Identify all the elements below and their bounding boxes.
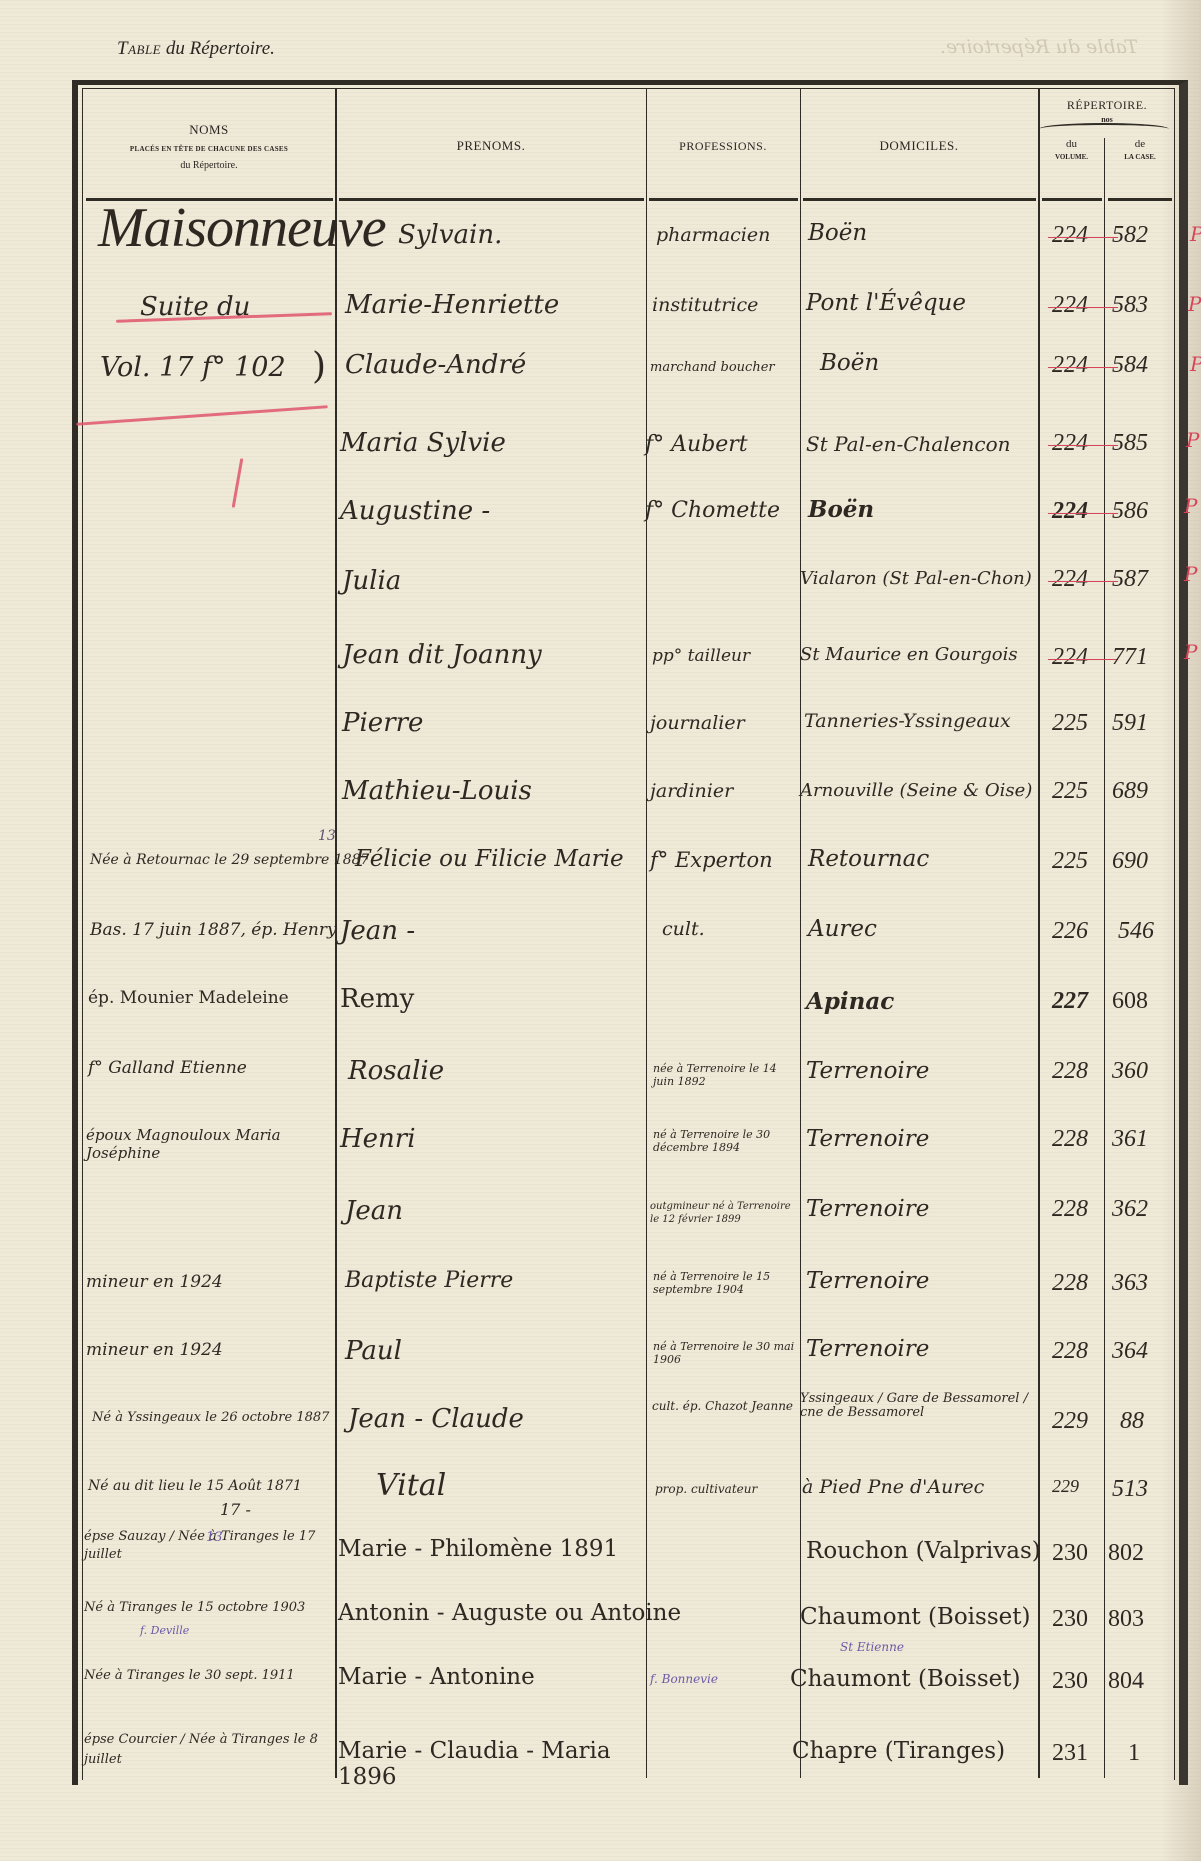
case-number: 513 [1112,1476,1148,1503]
domicile: Boën [808,496,874,523]
volume-number: 224 [1052,566,1088,593]
profession: marchand boucher [650,360,775,375]
prenom: Maria Sylvie [340,428,506,458]
profession: f. Bonnevie [650,1672,718,1686]
note-superscript: 13 [318,828,336,844]
profession: née à Terrenoire le 14 juin 1892 [653,1062,801,1088]
profession: pp° tailleur [652,646,750,666]
note: Née à Tiranges le 30 sept. 1911 [84,1668,295,1683]
note: épse Courcier / Née à Tiranges le 8 juil… [84,1730,334,1770]
case-number: 585 [1112,430,1148,457]
volume-number: 224 [1052,644,1088,671]
case-number: 582 [1112,222,1148,249]
profession: jardinier [650,780,733,802]
surname: Maisonneuve [98,196,386,260]
red-p-mark: P [1190,352,1201,376]
case-number: 608 [1112,988,1148,1015]
volume-number: 224 [1052,430,1088,457]
divider-prenoms-professions [646,88,647,1778]
note: Né à Yssingeaux le 26 octobre 1887 [92,1410,329,1425]
header-case-top: de [1106,138,1174,150]
profession: né à Terrenoire le 30 décembre 1894 [653,1128,801,1154]
case-number: 363 [1112,1270,1148,1297]
prenom: Marie - Claudia - Maria 1896 [338,1738,648,1790]
header-case-bottom: LA CASE. [1106,153,1174,161]
case-number: 584 [1112,352,1148,379]
continuation-bracket: ) [312,346,326,387]
profession: cult. ép. Chazot Jeanne [652,1400,802,1413]
prenom: Sylvain. [398,220,502,250]
note: mineur en 1924 [86,1340,223,1360]
prenom: Antonin - Auguste ou Antoine [338,1600,681,1626]
header-rule [1042,198,1102,201]
domicile-annotation: St Etienne [840,1640,904,1654]
domicile: Terrenoire [806,1336,929,1362]
domicile: Terrenoire [806,1126,929,1152]
volume-number: 226 [1052,918,1088,945]
header-prenoms: PRENOMS. [337,92,645,200]
page-title: Table du Répertoire. [117,38,275,60]
prenom: Remy [340,984,414,1014]
domicile: Tanneries-Yssingeaux [804,710,1011,732]
header-rule [803,198,1036,201]
prenom: Pierre [342,708,423,738]
volume-number: 224 [1052,292,1088,319]
prenom: Marie - Antonine [338,1664,535,1690]
note: Né au dit lieu le 15 Août 1871 [88,1478,302,1494]
domicile: St Pal-en-Chalencon [806,432,1011,456]
case-number: 803 [1108,1606,1144,1633]
header-prenoms-label: PRENOMS. [457,138,526,154]
case-number: 361 [1112,1126,1148,1153]
note: Née à Retournac le 29 septembre 1887 [90,852,369,868]
divider-domiciles-volume [1038,88,1040,1778]
domicile: Chaumont (Boisset) [790,1666,1020,1692]
volume-number: 230 [1052,1668,1088,1695]
note-superscript: 13 [206,1530,223,1545]
domicile: Terrenoire [806,1058,929,1084]
domicile: Retournac [808,846,929,872]
profession: né à Terrenoire le 30 mai 1906 [653,1340,801,1366]
case-number: 689 [1112,778,1148,805]
volume-number: 230 [1052,1540,1088,1567]
volume-number: 230 [1052,1606,1088,1633]
domicile: Pont l'Évêque [806,290,966,316]
domicile: Rouchon (Valprivas) [806,1538,1041,1564]
prenom: Claude-André [345,350,526,380]
header-rule [1108,198,1172,201]
note: Né à Tiranges le 15 octobre 1903 [84,1600,305,1615]
profession: f° Aubert [645,432,748,457]
prenom: Félicie ou Filicie Marie [355,846,624,872]
domicile: Apinac [806,988,894,1015]
note-sub: f. Deville [140,1624,189,1637]
volume-number: 224 [1052,222,1088,249]
continuation-note-line2: Vol. 17 f° 102 [100,352,286,383]
domicile: Yssingeaux / Gare de Bessamorel / cne de… [800,1392,1036,1420]
volume-number: 229 [1052,1476,1079,1497]
profession: prop. cultivateur [655,1482,757,1496]
case-number: 690 [1112,848,1148,875]
header-brace [1039,123,1169,135]
prenom: Henri [340,1124,416,1154]
header-domiciles-label: DOMICILES. [879,138,958,154]
profession: journalier [650,712,745,734]
prenom: Paul [345,1336,402,1366]
red-p-mark: P [1184,494,1197,518]
prenom: Rosalie [348,1056,444,1086]
domicile: Boën [808,220,867,246]
header-rule [649,198,798,201]
header-domiciles: DOMICILES. [801,92,1037,200]
volume-number: 225 [1052,848,1088,875]
header-professions-label: PROFESSIONS. [679,139,767,154]
domicile: Terrenoire [806,1196,929,1222]
domicile: Vialaron (St Pal-en-Chon) [800,568,1032,589]
profession: pharmacien [656,224,770,246]
case-number: 591 [1112,710,1148,737]
profession: f° Experton [650,848,773,872]
volume-number: 228 [1052,1126,1088,1153]
case-number: 583 [1112,292,1148,319]
profession: cult. [662,918,705,940]
title-prefix: Table [117,38,161,59]
red-p-mark: P [1184,640,1197,664]
prenom: Jean - Claude [348,1404,524,1434]
divider-professions-domiciles [800,88,801,1778]
domicile: Terrenoire [806,1268,929,1294]
header-professions: PROFESSIONS. [647,92,799,200]
domicile: à Pied Pne d'Aurec [802,1476,984,1498]
domicile: St Maurice en Gourgois [800,644,1018,665]
header-noms: NOMS PLACÉS EN TÊTE DE CHACUNE DES CASES… [84,92,334,200]
case-number: 362 [1112,1196,1148,1223]
red-p-mark: P [1188,292,1201,316]
header-noms-sub2: du Répertoire. [180,160,237,171]
header-noms-sub: PLACÉS EN TÊTE DE CHACUNE DES CASES [130,145,288,153]
divider-volume-case [1104,138,1105,1778]
prenom: Mathieu-Louis [342,776,532,806]
red-p-mark: P [1190,222,1201,246]
prenom: Marie - Philomène 1891 [338,1536,638,1562]
profession: né à Terrenoire le 15 septembre 1904 [653,1270,801,1296]
note: ép. Mounier Madeleine [88,988,289,1008]
case-number: 546 [1118,918,1154,945]
title-suffix: du Répertoire. [166,38,275,59]
header-case: de LA CASE. [1106,138,1174,161]
prenom: Julia [342,566,401,596]
prenom: Marie-Henriette [345,290,559,320]
note: mineur en 1924 [86,1272,223,1292]
note: f° Galland Etienne [88,1058,247,1078]
mirror-title-bleedthrough: Table du Répertoire. [940,36,1138,58]
volume-number: 228 [1052,1270,1088,1297]
note: Bas. 17 juin 1887, ép. Henry [90,920,337,940]
domicile: Chapre (Tiranges) [792,1738,1005,1764]
volume-number: 224 [1052,498,1088,525]
header-volume: du VOLUME. [1040,138,1103,161]
volume-number: 231 [1052,1740,1088,1767]
profession: f° Chomette [645,498,780,523]
prenom: Augustine - [340,496,490,526]
header-repertoire-label: RÉPERTOIRE. [1067,98,1147,113]
case-number: 586 [1112,498,1148,525]
prenom: Jean dit Joanny [342,640,542,670]
note-sub: 17 - [220,1500,251,1519]
case-number: 1 [1128,1740,1140,1767]
domicile: Arnouville (Seine & Oise) [800,780,1032,801]
profession: institutrice [652,294,758,316]
case-number: 364 [1112,1338,1148,1365]
volume-number: 224 [1052,352,1088,379]
domicile: Chaumont (Boisset) [800,1604,1030,1630]
volume-number: 229 [1052,1408,1088,1435]
red-p-mark: P [1184,562,1197,586]
red-p-mark: P [1186,428,1199,452]
case-number: 360 [1112,1058,1148,1085]
volume-number: 227 [1052,988,1088,1015]
prenom: Vital [376,1468,446,1503]
header-volume-top: du [1040,138,1103,150]
header-volume-bottom: VOLUME. [1040,153,1103,161]
case-number: 771 [1112,644,1148,671]
prenom: Jean [345,1196,403,1226]
volume-number: 228 [1052,1058,1088,1085]
case-number: 802 [1108,1540,1144,1567]
volume-number: 228 [1052,1196,1088,1223]
case-number: 804 [1108,1668,1144,1695]
volume-number: 225 [1052,710,1088,737]
profession: outgmineur né à Terrenoire le 12 février… [650,1200,802,1226]
domicile: Boën [820,350,879,376]
domicile: Aurec [808,916,877,942]
volume-number: 228 [1052,1338,1088,1365]
case-number: 88 [1120,1408,1144,1435]
case-number: 587 [1112,566,1148,593]
header-noms-label: NOMS [189,122,229,138]
prenom: Baptiste Pierre [345,1268,513,1293]
volume-number: 225 [1052,778,1088,805]
note: époux Magnouloux Maria Joséphine [86,1126,334,1162]
prenom: Jean - [340,916,415,946]
